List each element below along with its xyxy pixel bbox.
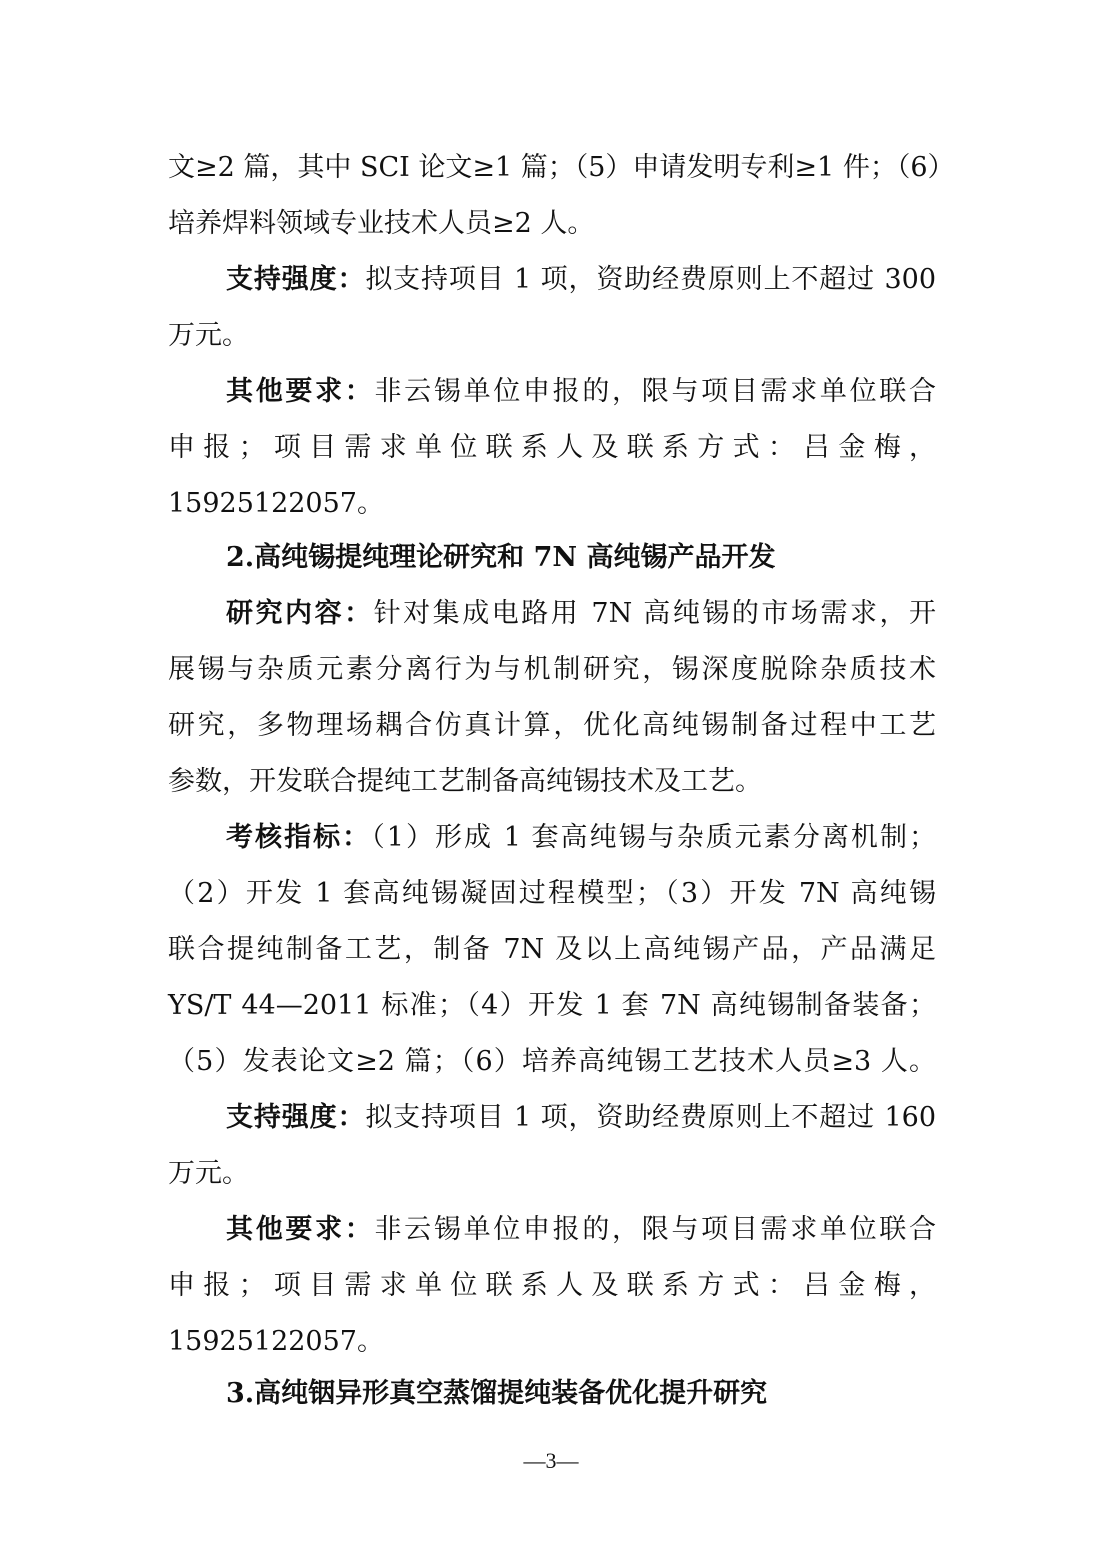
line-text: 联合提纯制备工艺，制备 7N 及以上高纯锡产品，产品满足 xyxy=(168,934,936,965)
line-text: 培养焊料领域专业技术人员≥2 人。 xyxy=(168,208,594,239)
paragraph-line: 展锡与杂质元素分离行为与机制研究，锡深度脱除杂质技术 xyxy=(168,650,936,690)
paragraph-line: （5）发表论文≥2 篇；（6）培养高纯锡工艺技术人员≥3 人。 xyxy=(168,1042,936,1082)
paragraph-line: 万元。 xyxy=(168,316,936,356)
line-text: 非云锡单位申报的，限与项目需求单位联合 xyxy=(374,1214,936,1245)
paragraph-line: 联合提纯制备工艺，制备 7N 及以上高纯锡产品，产品满足 xyxy=(168,930,936,970)
line-text: 拟支持项目 1 项，资助经费原则上不超过 300 xyxy=(365,264,936,295)
field-label: 其他要求： xyxy=(226,376,374,407)
line-text: 15925122057。 xyxy=(168,488,384,519)
line-text: 展锡与杂质元素分离行为与机制研究，锡深度脱除杂质技术 xyxy=(168,654,936,685)
paragraph-line: 文≥2 篇，其中 SCI 论文≥1 篇；（5）申请发明专利≥1 件；（6） xyxy=(168,148,936,188)
line-text: （5）发表论文≥2 篇；（6）培养高纯锡工艺技术人员≥3 人。 xyxy=(168,1046,936,1077)
field-label: 研究内容： xyxy=(226,598,374,629)
line-text: 万元。 xyxy=(168,1158,249,1189)
line-text: 研究，多物理场耦合仿真计算，优化高纯锡制备过程中工艺 xyxy=(168,710,936,741)
line-text: 申报；项目需求单位联系人及联系方式：吕金梅， xyxy=(168,432,936,463)
section-heading: 2.高纯锡提纯理论研究和 7N 高纯锡产品开发 xyxy=(226,538,936,578)
line-text: YS/T 44—2011 标准；（4）开发 1 套 7N 高纯锡制备装备； xyxy=(168,990,936,1021)
line-text: 非云锡单位申报的，限与项目需求单位联合 xyxy=(374,376,936,407)
paragraph-line: 15925122057。 xyxy=(168,484,936,524)
section-heading: 3.高纯铟异形真空蒸馏提纯装备优化提升研究 xyxy=(226,1374,936,1414)
line-text: 拟支持项目 1 项，资助经费原则上不超过 160 xyxy=(365,1102,936,1133)
paragraph-first-line: 其他要求：非云锡单位申报的，限与项目需求单位联合 xyxy=(226,1210,936,1250)
paragraph-line: （2）开发 1 套高纯锡凝固过程模型；（3）开发 7N 高纯锡 xyxy=(168,874,936,914)
paragraph-line: YS/T 44—2011 标准；（4）开发 1 套 7N 高纯锡制备装备； xyxy=(168,986,936,1026)
field-label: 其他要求： xyxy=(226,1214,374,1245)
line-text: 针对集成电路用 7N 高纯锡的市场需求，开 xyxy=(374,598,936,629)
paragraph-first-line: 其他要求：非云锡单位申报的，限与项目需求单位联合 xyxy=(226,372,936,412)
field-label: 考核指标： xyxy=(226,822,371,853)
paragraph-first-line: 考核指标：（1）形成 1 套高纯锡与杂质元素分离机制； xyxy=(226,818,936,858)
paragraph-line: 申报；项目需求单位联系人及联系方式：吕金梅， xyxy=(168,1266,936,1306)
paragraph-line: 申报；项目需求单位联系人及联系方式：吕金梅， xyxy=(168,428,936,468)
line-text: 万元。 xyxy=(168,320,249,351)
line-text: 申报；项目需求单位联系人及联系方式：吕金梅， xyxy=(168,1270,936,1301)
paragraph-line: 培养焊料领域专业技术人员≥2 人。 xyxy=(168,204,936,244)
line-text: 参数，开发联合提纯工艺制备高纯锡技术及工艺。 xyxy=(168,766,762,797)
paragraph-first-line: 支持强度：拟支持项目 1 项，资助经费原则上不超过 300 xyxy=(226,260,936,300)
line-text: 文≥2 篇，其中 SCI 论文≥1 篇；（5）申请发明专利≥1 件；（6） xyxy=(168,152,955,183)
paragraph-first-line: 研究内容：针对集成电路用 7N 高纯锡的市场需求，开 xyxy=(226,594,936,634)
paragraph-line: 研究，多物理场耦合仿真计算，优化高纯锡制备过程中工艺 xyxy=(168,706,936,746)
line-text: 15925122057。 xyxy=(168,1326,384,1357)
page-number: —3— xyxy=(0,1443,1102,1479)
paragraph-line: 参数，开发联合提纯工艺制备高纯锡技术及工艺。 xyxy=(168,762,936,802)
paragraph-first-line: 支持强度：拟支持项目 1 项，资助经费原则上不超过 160 xyxy=(226,1098,936,1138)
line-text: （2）开发 1 套高纯锡凝固过程模型；（3）开发 7N 高纯锡 xyxy=(168,878,936,909)
field-label: 支持强度： xyxy=(226,1102,365,1133)
line-text: （1）形成 1 套高纯锡与杂质元素分离机制； xyxy=(371,822,936,853)
field-label: 支持强度： xyxy=(226,264,365,295)
paragraph-line: 15925122057。 xyxy=(168,1322,936,1362)
paragraph-line: 万元。 xyxy=(168,1154,936,1194)
